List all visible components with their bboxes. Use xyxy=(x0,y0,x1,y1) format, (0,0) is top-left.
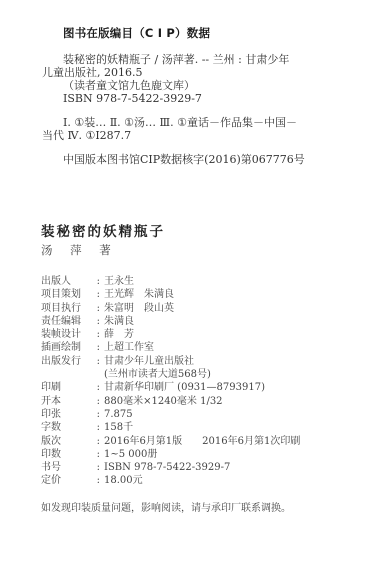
cip-classification: 当代 Ⅳ. ①I287.7 xyxy=(42,129,131,142)
cip-line: 儿童出版社, 2016.5 xyxy=(42,66,142,79)
cip-line: ISBN 978-7-5422-3929-7 xyxy=(63,92,202,105)
credit-label: 项目执行: xyxy=(41,302,104,315)
cip-line: （读者童文馆九色鹿文库） xyxy=(63,79,195,92)
credit-value: 甘肃少年儿童出版社 xyxy=(104,355,194,368)
credit-row: 项目策划:王光辉 朱满良 xyxy=(41,288,300,301)
credit-row: 开本:880毫米×1240毫米 1/32 xyxy=(41,395,300,408)
credit-label: 出版人: xyxy=(41,275,104,288)
credit-label: 字数: xyxy=(41,421,104,434)
credit-value: 王光辉 朱满良 xyxy=(104,288,174,301)
credit-value: 1~5 000册 xyxy=(104,448,157,461)
credit-label: 装帧设计: xyxy=(41,328,104,341)
cip-heading: 图书在版编目（C I P）数据 xyxy=(63,25,210,41)
cip-classification: Ⅰ. ①装… Ⅱ. ①汤… Ⅲ. ①童话－作品集－中国－ xyxy=(63,116,297,129)
credit-row: 版次:2016年6月第1版 2016年6月第1次印刷 xyxy=(41,435,300,448)
credit-value: (兰州市读者大道568号) xyxy=(104,368,211,381)
credit-label: 开本: xyxy=(41,395,104,408)
credit-label: 出版发行: xyxy=(41,355,104,368)
credit-row: 书号:ISBN 978-7-5422-3929-7 xyxy=(41,461,300,474)
credit-value: 880毫米×1240毫米 1/32 xyxy=(104,395,223,408)
credit-value: 2016年6月第1版 2016年6月第1次印刷 xyxy=(104,435,300,448)
credit-row: 定价:18.00元 xyxy=(41,474,300,487)
cip-record-number: 中国版本图书馆CIP数据核字(2016)第067776号 xyxy=(63,153,305,166)
credit-label: 插画绘制: xyxy=(41,341,104,354)
credit-row: 责任编辑:朱满良 xyxy=(41,315,300,328)
credit-value: 甘肃新华印刷厂 (0931—8793917) xyxy=(104,381,265,394)
credit-row: (兰州市读者大道568号) xyxy=(41,368,300,381)
credit-value: 朱满良 xyxy=(104,315,134,328)
credit-value: 18.00元 xyxy=(104,474,143,487)
credit-row: 插画绘制:上超工作室 xyxy=(41,341,300,354)
credit-value: 158千 xyxy=(104,421,133,434)
credits-list: 出版人:王永生 项目策划:王光辉 朱满良 项目执行:朱富明 段山英 责任编辑:朱… xyxy=(41,275,300,488)
credit-value: 7.875 xyxy=(104,408,133,421)
credit-label: 印刷: xyxy=(41,381,104,394)
credit-label: 印张: xyxy=(41,408,104,421)
credit-row: 出版发行:甘肃少年儿童出版社 xyxy=(41,355,300,368)
credit-label: 书号: xyxy=(41,461,104,474)
credit-row: 印张:7.875 xyxy=(41,408,300,421)
credit-row: 出版人:王永生 xyxy=(41,275,300,288)
credit-row: 印刷:甘肃新华印刷厂 (0931—8793917) xyxy=(41,381,300,394)
quality-notice: 如发现印装质量问题，影响阅读，请与承印厂联系调换。 xyxy=(41,499,291,514)
credit-label: 版次: xyxy=(41,435,104,448)
credit-label xyxy=(41,368,104,381)
credit-value: 朱富明 段山英 xyxy=(104,302,174,315)
book-author: 汤 萍 著 xyxy=(41,242,118,258)
book-title: 装秘密的妖精瓶子 xyxy=(41,220,165,240)
cip-line: 装秘密的妖精瓶子 / 汤萍著. -- 兰州 : 甘肃少年 xyxy=(63,53,289,66)
credit-value: 上超工作室 xyxy=(104,341,154,354)
credit-row: 字数:158千 xyxy=(41,421,300,434)
credit-value: ISBN 978-7-5422-3929-7 xyxy=(104,461,230,474)
credit-label: 定价: xyxy=(41,474,104,487)
credit-value: 王永生 xyxy=(104,275,134,288)
credit-row: 装帧设计:薛 芳 xyxy=(41,328,300,341)
credit-label: 印数: xyxy=(41,448,104,461)
credit-row: 印数:1~5 000册 xyxy=(41,448,300,461)
credit-value: 薛 芳 xyxy=(104,328,134,341)
credit-row: 项目执行:朱富明 段山英 xyxy=(41,302,300,315)
credit-label: 项目策划: xyxy=(41,288,104,301)
credit-label: 责任编辑: xyxy=(41,315,104,328)
